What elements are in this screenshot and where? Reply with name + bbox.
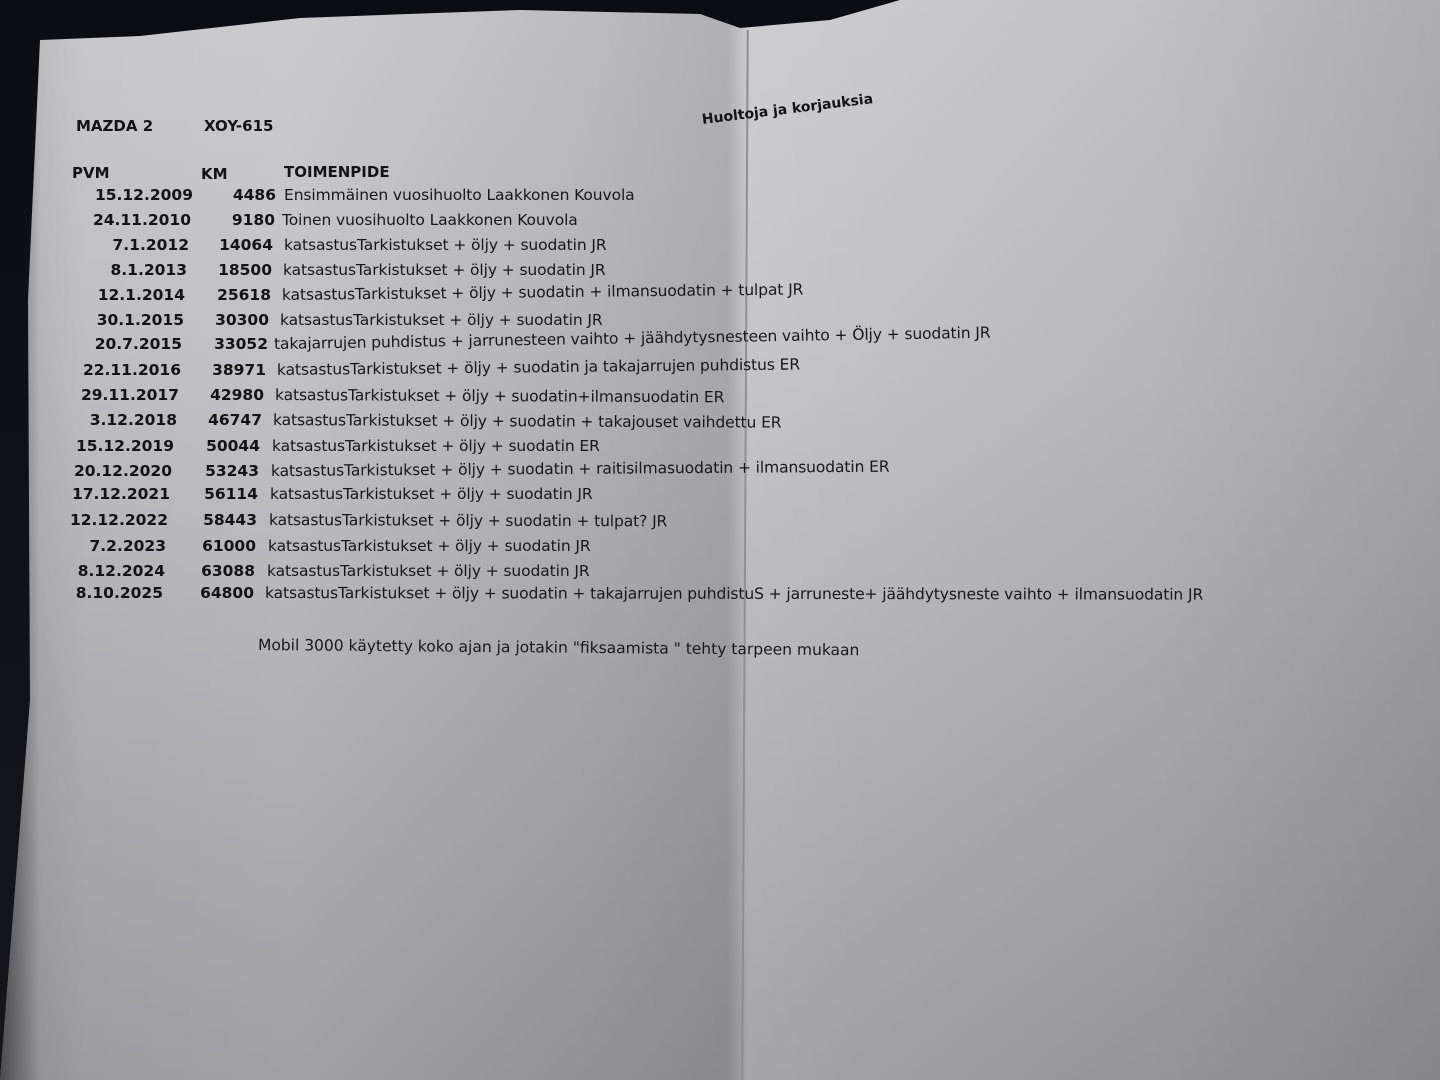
odometer-km: 58443 [187, 511, 257, 529]
table-row: 20.7.201533052takajarrujen puhdistus + j… [0, 335, 1440, 357]
service-action: katsastusTarkistukset + öljy + suodatin … [265, 584, 1203, 604]
table-row: 17.12.202156114katsastusTarkistukset + ö… [0, 485, 1440, 507]
odometer-km: 42980 [194, 386, 264, 404]
service-date: 8.12.2024 [35, 562, 165, 580]
service-date: 12.12.2022 [38, 511, 168, 529]
service-action: katsastusTarkistukset + öljy + suodatin … [267, 562, 590, 580]
paper-sheet: MAZDA 2 XOY-615 Huoltoja ja korjauksia P… [0, 0, 1440, 1080]
odometer-km: 4486 [206, 186, 276, 204]
service-date: 22.11.2016 [51, 361, 181, 379]
service-action: katsastusTarkistukset + öljy + suodatin … [271, 458, 890, 480]
table-row: 12.1.201425618katsastusTarkistukset + öl… [0, 286, 1440, 308]
service-date: 29.11.2017 [49, 386, 179, 404]
service-action: katsastusTarkistukset + öljy + suodatin … [277, 356, 800, 379]
table-row: 7.2.202361000katsastusTarkistukset + ölj… [0, 537, 1440, 559]
odometer-km: 38971 [196, 361, 266, 379]
service-action: katsastusTarkistukset + öljy + suodatin … [269, 511, 667, 530]
table-row: 8.12.202463088katsastusTarkistukset + öl… [0, 562, 1440, 584]
service-action: katsastusTarkistukset + öljy + suodatin … [270, 485, 593, 503]
service-date: 15.12.2009 [63, 186, 193, 204]
table-row: 8.10.202564800katsastusTarkistukset + öl… [0, 584, 1440, 606]
column-header-action: TOIMENPIDE [284, 163, 390, 181]
odometer-km: 56114 [188, 485, 258, 503]
table-row: 20.12.202053243katsastusTarkistukset + ö… [0, 462, 1440, 484]
table-row: 15.12.20094486Ensimmäinen vuosihuolto La… [0, 186, 1440, 208]
table-row: 12.12.202258443katsastusTarkistukset + ö… [0, 511, 1440, 533]
odometer-km: 64800 [184, 584, 254, 602]
service-date: 3.12.2018 [47, 411, 177, 429]
table-row: 24.11.20109180Toinen vuosihuolto Laakkon… [0, 211, 1440, 233]
odometer-km: 46747 [192, 411, 262, 429]
table-row: 8.1.201318500katsastusTarkistukset + ölj… [0, 261, 1440, 283]
service-date: 7.1.2012 [59, 236, 189, 254]
service-date: 20.12.2020 [42, 462, 172, 480]
service-date: 17.12.2021 [40, 485, 170, 503]
photo-scene: MAZDA 2 XOY-615 Huoltoja ja korjauksia P… [0, 0, 1440, 1080]
car-model: MAZDA 2 [76, 117, 153, 135]
odometer-km: 61000 [186, 537, 256, 555]
footer-note: Mobil 3000 käytetty koko ajan ja jotakin… [258, 636, 860, 659]
table-row: 3.12.201846747katsastusTarkistukset + öl… [0, 411, 1440, 433]
odometer-km: 63088 [185, 562, 255, 580]
service-date: 8.10.2025 [33, 584, 163, 602]
document-title: Huoltoja ja korjauksia [701, 91, 874, 128]
service-action: katsastusTarkistukset + öljy + suodatin … [283, 261, 606, 279]
odometer-km: 25618 [201, 286, 271, 304]
odometer-km: 33052 [198, 335, 268, 353]
service-date: 20.7.2015 [52, 335, 182, 353]
odometer-km: 30300 [199, 311, 269, 329]
service-action: katsastusTarkistukset + öljy + suodatin … [272, 437, 600, 455]
license-plate: XOY-615 [204, 117, 273, 135]
service-date: 7.2.2023 [36, 537, 166, 555]
service-date: 8.1.2013 [57, 261, 187, 279]
service-action: katsastusTarkistukset + öljy + suodatin … [282, 281, 803, 304]
service-action: Ensimmäinen vuosihuolto Laakkonen Kouvol… [284, 186, 635, 204]
service-action: katsastusTarkistukset + öljy + suodatin … [284, 236, 607, 254]
odometer-km: 18500 [202, 261, 272, 279]
service-action: katsastusTarkistukset + öljy + suodatin … [280, 311, 603, 329]
service-action: katsastusTarkistukset + öljy + suodatin … [268, 537, 591, 555]
table-row: 7.1.201214064katsastusTarkistukset + ölj… [0, 236, 1440, 258]
service-date: 12.1.2014 [55, 286, 185, 304]
service-action: katsastusTarkistukset + öljy + suodatin … [273, 411, 782, 432]
column-header-km: KM [201, 165, 228, 183]
service-action: katsastusTarkistukset + öljy + suodatin+… [275, 386, 724, 406]
odometer-km: 14064 [203, 236, 273, 254]
table-row: 15.12.201950044katsastusTarkistukset + ö… [0, 437, 1440, 459]
table-row: 29.11.201742980katsastusTarkistukset + ö… [0, 386, 1440, 408]
odometer-km: 53243 [189, 462, 259, 480]
service-action: Toinen vuosihuolto Laakkonen Kouvola [282, 211, 578, 229]
odometer-km: 9180 [205, 211, 275, 229]
service-date: 30.1.2015 [54, 311, 184, 329]
service-date: 24.11.2010 [61, 211, 191, 229]
odometer-km: 50044 [190, 437, 260, 455]
service-date: 15.12.2019 [44, 437, 174, 455]
column-header-date: PVM [72, 164, 110, 182]
table-row: 22.11.201638971katsastusTarkistukset + ö… [0, 361, 1440, 383]
